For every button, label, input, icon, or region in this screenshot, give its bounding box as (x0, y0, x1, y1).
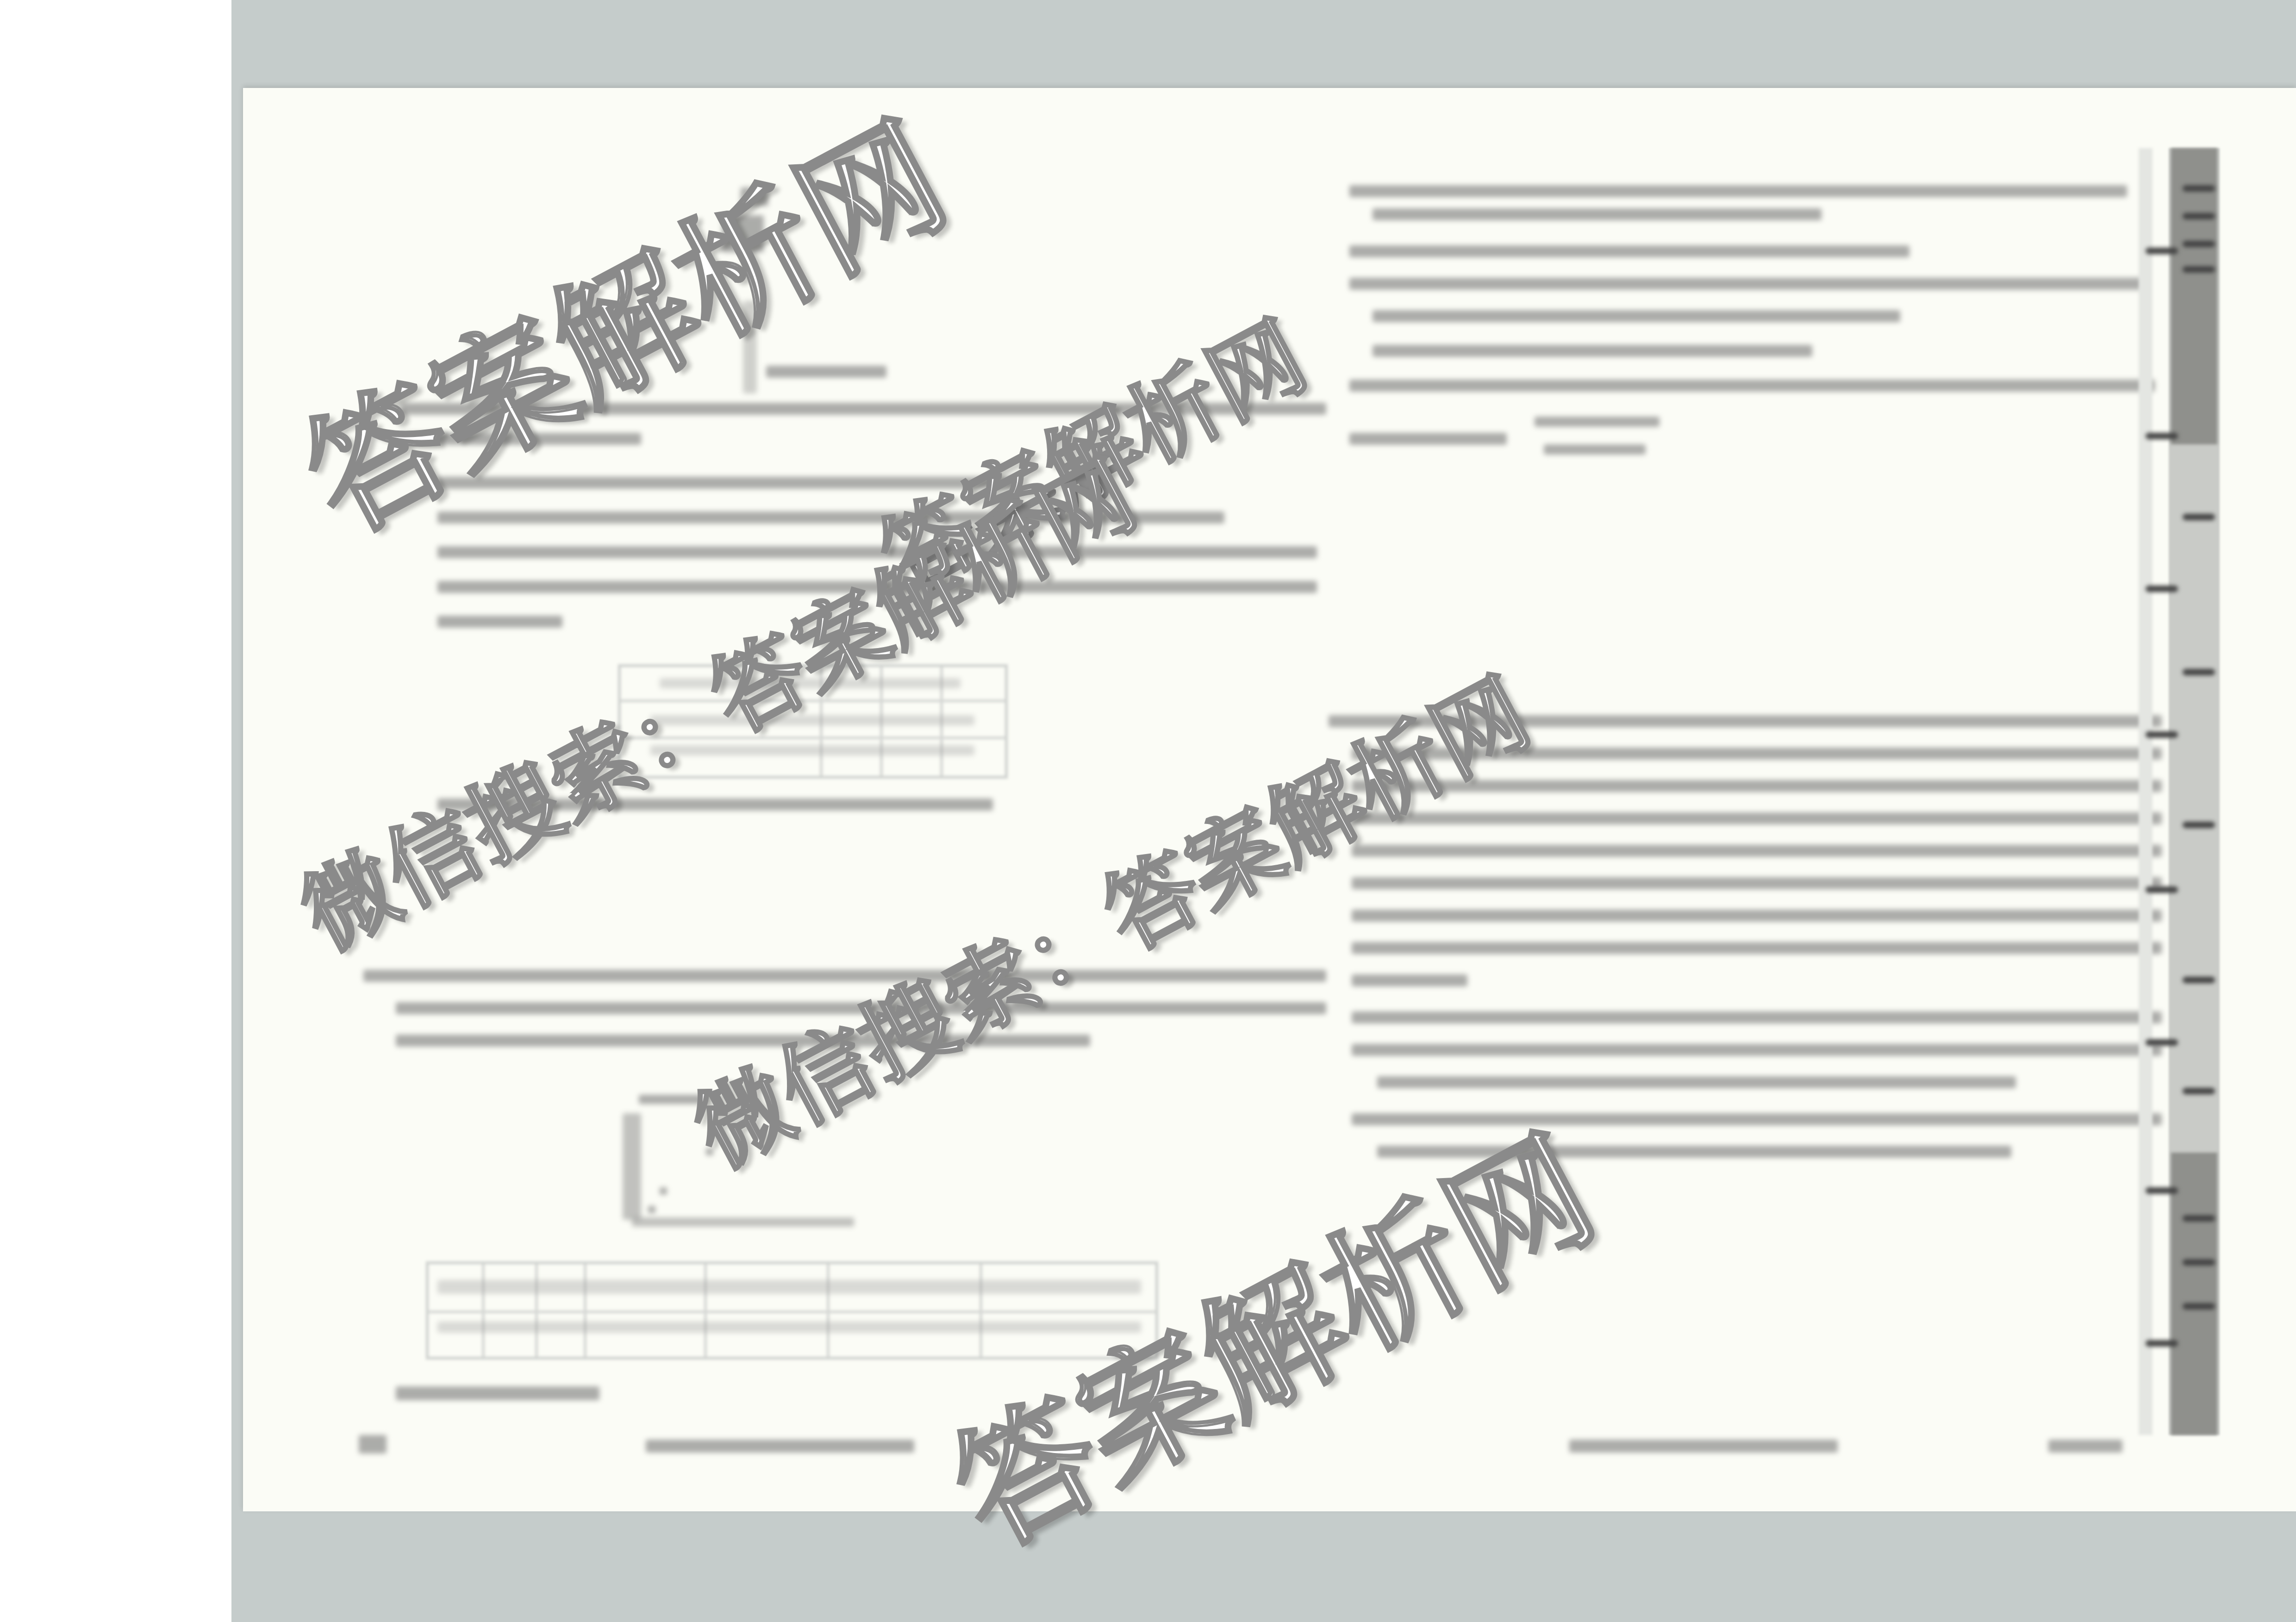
text-line (1373, 208, 1822, 220)
binding-dark-segment (2171, 1153, 2217, 1435)
binding-mark (2146, 248, 2178, 254)
binding-mark (2183, 1088, 2215, 1094)
text-line (1352, 845, 2162, 857)
scatter-point (648, 1206, 655, 1213)
binding-margin-strip (2139, 148, 2227, 1435)
footer-text-right (1569, 1440, 1838, 1453)
binding-mark (2183, 1215, 2215, 1222)
binding-mark (2183, 977, 2215, 983)
binding-mark (2183, 266, 2215, 273)
footer-text-left (646, 1440, 914, 1453)
text-line (1352, 910, 2162, 922)
text-line (1352, 1011, 2162, 1023)
text-line (1349, 380, 2155, 392)
scatter-x-axis (632, 1217, 854, 1227)
text-line (1349, 278, 2146, 290)
binding-mark (2146, 586, 2178, 592)
text-line (1352, 812, 2162, 824)
formula-line (1349, 433, 1507, 445)
binding-mark (2146, 1340, 2178, 1347)
binding-mark (2183, 185, 2215, 192)
footer-subject-label (2048, 1440, 2122, 1453)
page-number-left (359, 1435, 387, 1454)
text-line (1352, 942, 2162, 954)
binding-rail (2139, 148, 2152, 1435)
text-line (1352, 877, 2162, 889)
text-line (1352, 1044, 2162, 1056)
formula-line (396, 1386, 599, 1400)
text-line (1373, 310, 1900, 322)
binding-mark (2146, 1187, 2178, 1194)
top-chart-caption (766, 366, 886, 378)
binding-mark (2183, 241, 2215, 247)
binding-mark (2146, 731, 2178, 738)
formula-denominator (1544, 444, 1646, 455)
text-line (1377, 1076, 2016, 1088)
binding-mark (2183, 1303, 2215, 1310)
scatter-y-axis (623, 1113, 641, 1220)
formula-numerator (1535, 417, 1660, 427)
binding-mark (2183, 669, 2215, 675)
text-line (437, 616, 562, 628)
statistics-table-values (437, 1322, 1141, 1333)
text-line (363, 970, 1326, 982)
binding-mark (2183, 1259, 2215, 1266)
text-line (1373, 345, 1812, 357)
binding-mark (2183, 514, 2215, 520)
binding-mark (2146, 886, 2178, 893)
binding-mark (2183, 213, 2215, 219)
text-line (1349, 185, 2127, 197)
text-line (1352, 974, 1467, 986)
binding-dark-segment (2171, 148, 2217, 444)
scatter-point (660, 1187, 667, 1195)
binding-mark (2146, 433, 2178, 439)
statistics-table-header (437, 1280, 1141, 1294)
binding-mark (2183, 822, 2215, 828)
text-line (1349, 245, 1909, 257)
binding-mark (2146, 1039, 2178, 1046)
